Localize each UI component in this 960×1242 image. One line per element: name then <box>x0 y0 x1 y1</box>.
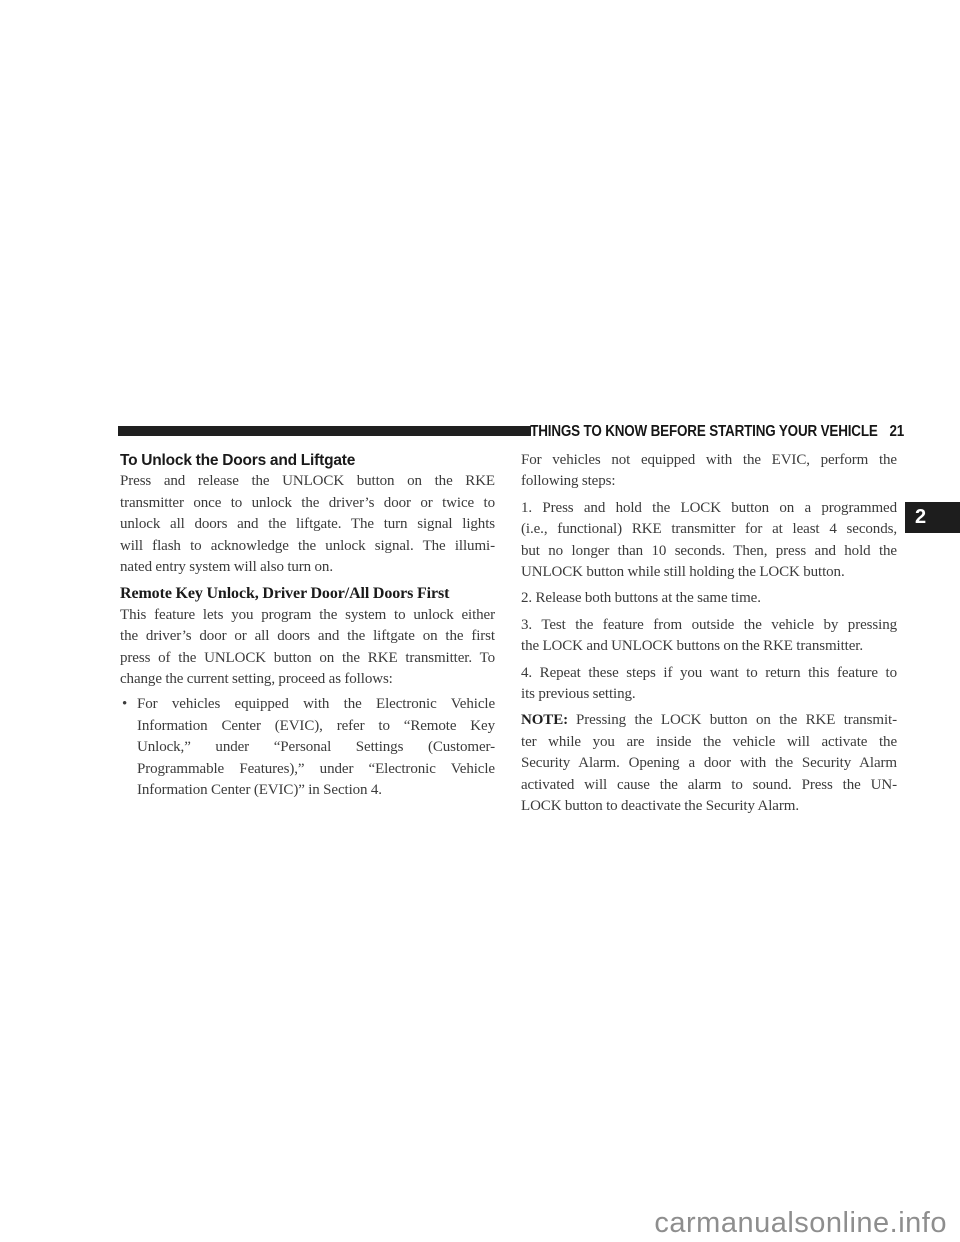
text-line: transmitter once to unlock the driver’s … <box>120 493 495 514</box>
text-line: Press and release the UNLOCK button on t… <box>120 471 495 492</box>
page-number: 21 <box>889 423 904 440</box>
text-line: following steps: <box>521 471 897 492</box>
paragraph-unlock-doors: Press and release the UNLOCK button on t… <box>120 471 495 578</box>
text-line: the driver’s door or all doors and the l… <box>120 626 495 647</box>
text-line: ter while you are inside the vehicle wil… <box>521 732 897 753</box>
text-line: press of the UNLOCK button on the RKE tr… <box>120 648 495 669</box>
text-line: 3. Test the feature from outside the veh… <box>521 615 897 636</box>
text-line: unlock all doors and the liftgate. The t… <box>120 514 495 535</box>
note-paragraph: NOTE:Pressing the LOCK button on the RKE… <box>521 710 897 817</box>
bullet-icon: • <box>122 694 127 715</box>
sub-section-heading: Remote Key Unlock, Driver Door/All Doors… <box>120 583 495 604</box>
text-line: For vehicles equipped with the Electroni… <box>137 694 495 715</box>
note-label: NOTE: <box>521 712 568 728</box>
text-line: 1. Press and hold the LOCK button on a p… <box>521 498 897 519</box>
text-line: Information Center (EVIC)” in Section 4. <box>137 780 495 801</box>
text-line: UNLOCK button while still holding the LO… <box>521 562 897 583</box>
text-line: Information Center (EVIC), refer to “Rem… <box>137 716 495 737</box>
text-line: but no longer than 10 seconds. Then, pre… <box>521 541 897 562</box>
text-line: Programmable Features),” under “Electron… <box>137 759 495 780</box>
bullet-list-item: • For vehicles equipped with the Electro… <box>120 694 495 801</box>
page-header: THINGS TO KNOW BEFORE STARTING YOUR VEHI… <box>530 424 904 439</box>
right-column: For vehicles not equipped with the EVIC,… <box>521 450 897 823</box>
text-line: 4. Repeat these steps if you want to ret… <box>521 663 897 684</box>
text-line: (i.e., functional) RKE transmitter for a… <box>521 519 897 540</box>
section-heading: To Unlock the Doors and Liftgate <box>120 450 495 471</box>
text-line: 2. Release both buttons at the same time… <box>521 588 897 609</box>
watermark-text: carmanualsonline.info <box>654 1207 947 1240</box>
text-line: Unlock,” under “Personal Settings (Custo… <box>137 737 495 758</box>
text-line: its previous setting. <box>521 684 897 705</box>
note-first-line-text: Pressing the LOCK button on the RKE tran… <box>576 712 897 728</box>
note-body-lines: ter while you are inside the vehicle wil… <box>521 732 897 818</box>
text-line: will flash to acknowledge the unlock sig… <box>120 536 495 557</box>
text-line: For vehicles not equipped with the EVIC,… <box>521 450 897 471</box>
chapter-tab-number: 2 <box>915 506 926 528</box>
text-line: This feature lets you program the system… <box>120 605 495 626</box>
step-2: 2. Release both buttons at the same time… <box>521 588 897 609</box>
step-1: 1. Press and hold the LOCK button on a p… <box>521 498 897 584</box>
step-3: 3. Test the feature from outside the veh… <box>521 615 897 658</box>
text-line: nated entry system will also turn on. <box>120 557 495 578</box>
paragraph-remote-key-unlock: This feature lets you program the system… <box>120 605 495 691</box>
step-4: 4. Repeat these steps if you want to ret… <box>521 663 897 706</box>
chapter-tab: 2 <box>905 502 960 533</box>
bullet-text: For vehicles equipped with the Electroni… <box>137 694 495 801</box>
header-rule <box>118 426 531 436</box>
text-line: LOCK button to deactivate the Security A… <box>521 796 897 817</box>
text-line: the LOCK and UNLOCK buttons on the RKE t… <box>521 636 897 657</box>
text-line: activated will cause the alarm to sound.… <box>521 775 897 796</box>
page-header-title: THINGS TO KNOW BEFORE STARTING YOUR VEHI… <box>530 423 877 440</box>
note-first-line: NOTE:Pressing the LOCK button on the RKE… <box>521 710 897 731</box>
left-column: To Unlock the Doors and Liftgate Press a… <box>120 450 495 806</box>
text-line: Security Alarm. Opening a door with the … <box>521 753 897 774</box>
paragraph-intro: For vehicles not equipped with the EVIC,… <box>521 450 897 493</box>
text-line: change the current setting, proceed as f… <box>120 669 495 690</box>
